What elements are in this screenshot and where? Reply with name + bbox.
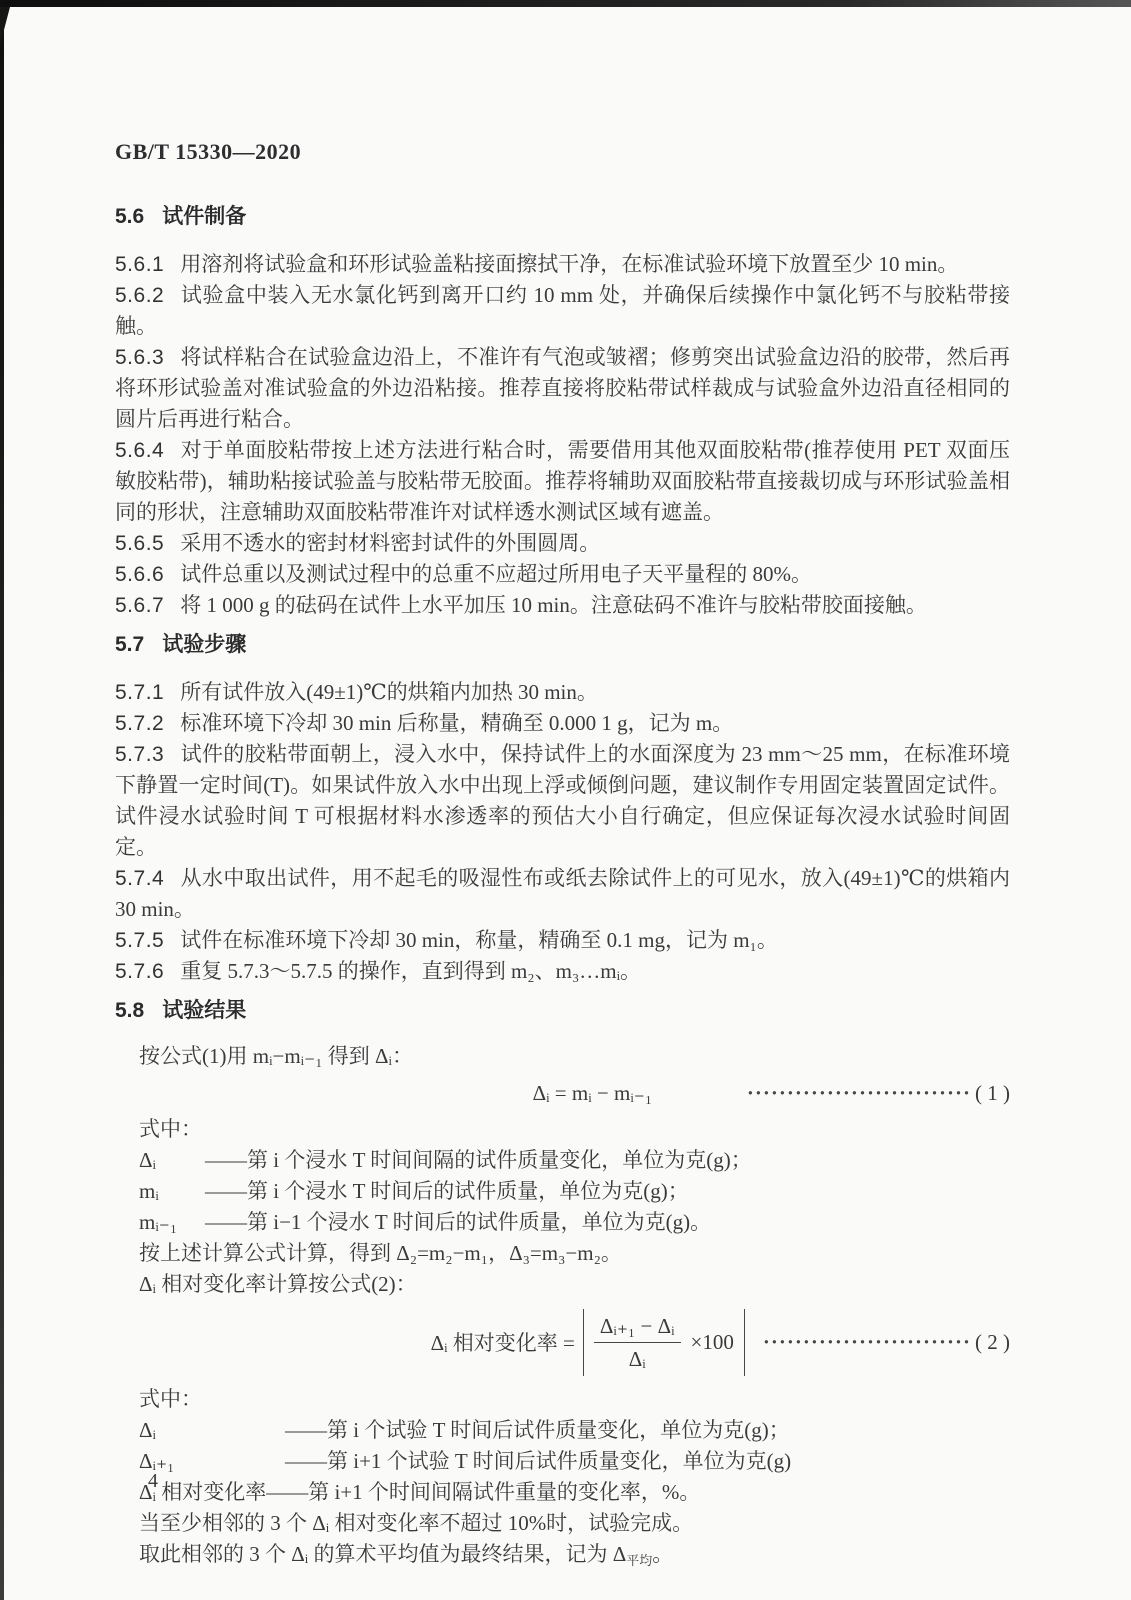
clause-5-6-2: 5.6.2试验盒中装入无水氯化钙到离开口约 10 mm 处，并确保后续操作中氯化… xyxy=(115,280,1010,342)
where-label-2: 式中： xyxy=(139,1384,1010,1415)
definition-row: mᵢ₋₁ ——第 i−1 个浸水 T 时间后的试件质量，单位为克(g)。 xyxy=(139,1207,1010,1238)
section-heading-5-6: 5.6试件制备 xyxy=(115,205,1010,229)
formula-1-intro: 按公式(1)用 mᵢ−mᵢ₋₁ 得到 Δᵢ： xyxy=(139,1041,1010,1072)
fraction: Δᵢ₊₁ − Δᵢ Δᵢ xyxy=(594,1313,681,1372)
times-100: ×100 xyxy=(691,1330,734,1355)
formula-1: Δᵢ = mᵢ − mᵢ₋₁ ·························… xyxy=(139,1072,1010,1114)
symbol-term: Δᵢ 相对变化率 xyxy=(139,1477,266,1508)
clause-text: 试件总重以及测试过程中的总重不应超过所用电子天平量程的 80%。 xyxy=(180,562,812,586)
clause-text: 对于单面胶粘带按上述方法进行粘合时，需要借用其他双面胶粘带(推荐使用 PET 双… xyxy=(115,438,1010,524)
clause-text: 试件的胶粘带面朝上，浸入水中，保持试件上的水面深度为 23 mm～25 mm，在… xyxy=(115,742,1010,859)
clause-5-7-6: 5.7.6重复 5.7.3～5.7.5 的操作，直到得到 m₂、m₃…mᵢ。 xyxy=(115,956,1010,987)
clause-5-7-2: 5.7.2标准环境下冷却 30 min 后称量，精确至 0.000 1 g，记为… xyxy=(115,708,1010,739)
clause-text: 将试样粘合在试验盒边沿上，不准许有气泡或皱褶；修剪突出试验盒边沿的胶带，然后再将… xyxy=(115,345,1010,431)
completion-criterion: 当至少相邻的 3 个 Δᵢ 相对变化率不超过 10%时，试验完成。 xyxy=(139,1508,1010,1539)
final-result-statement: 取此相邻的 3 个 Δᵢ 的算术平均值为最终结果，记为 Δ平均。 xyxy=(139,1539,1010,1576)
calculation-note: 按上述计算公式计算，得到 Δ₂=m₂−m₁，Δ₃=m₃−m₂。 xyxy=(139,1238,1010,1269)
document-page: GB/T 15330—2020 5.6试件制备 5.6.1用溶剂将试验盒和环形试… xyxy=(115,140,1010,1576)
formula-2-lhs: Δᵢ 相对变化率 = xyxy=(431,1327,575,1357)
clause-text: 采用不透水的密封材料密封试件的外围圆周。 xyxy=(180,531,600,555)
dot-leaders: ·························· xyxy=(763,1330,971,1355)
clause-5-6-7: 5.6.7将 1 000 g 的砝码在试件上水平加压 10 min。注意砝码不准… xyxy=(115,590,1010,621)
clause-5-6-4: 5.6.4对于单面胶粘带按上述方法进行粘合时，需要借用其他双面胶粘带(推荐使用 … xyxy=(115,435,1010,528)
clause-number: 5.6.4 xyxy=(115,439,164,462)
clause-number: 5.6.1 xyxy=(115,253,164,276)
section-title: 试件制备 xyxy=(162,205,246,228)
clause-number: 5.7.4 xyxy=(115,867,164,890)
clause-number: 5.6.2 xyxy=(115,284,164,307)
fraction-numerator: Δᵢ₊₁ − Δᵢ xyxy=(594,1313,681,1343)
clause-text: 将 1 000 g 的砝码在试件上水平加压 10 min。注意砝码不准许与胶粘带… xyxy=(180,593,927,617)
where-label-1: 式中： xyxy=(139,1114,1010,1145)
symbol-definitions-1: Δᵢ ——第 i 个浸水 T 时间间隔的试件质量变化，单位为克(g)； mᵢ —… xyxy=(115,1145,1010,1238)
clause-text: 重复 5.7.3～5.7.5 的操作，直到得到 m₂、m₃…mᵢ。 xyxy=(180,959,641,983)
clause-number: 5.6.3 xyxy=(115,346,164,369)
clause-text: 所有试件放入(49±1)℃的烘箱内加热 30 min。 xyxy=(180,680,598,704)
symbol-term: mᵢ xyxy=(139,1176,205,1207)
symbol-description: ——第 i+1 个时间间隔试件重量的变化率，%。 xyxy=(266,1477,1010,1508)
section-title: 试验步骤 xyxy=(162,633,246,656)
clause-5-6-1: 5.6.1用溶剂将试验盒和环形试验盖粘接面擦拭干净，在标准试验环境下放置至少 1… xyxy=(115,249,1010,280)
section-number: 5.6 xyxy=(115,205,144,228)
symbol-term: mᵢ₋₁ xyxy=(139,1207,205,1238)
page-number: 4 xyxy=(148,1470,158,1493)
section-title: 试验结果 xyxy=(162,999,246,1022)
symbol-definitions-2: Δᵢ ——第 i 个试验 T 时间后试件质量变化，单位为克(g)； Δᵢ₊₁ —… xyxy=(115,1415,1010,1508)
clause-number: 5.6.6 xyxy=(115,563,164,586)
clause-5-7-5: 5.7.5试件在标准环境下冷却 30 min，称量，精确至 0.1 mg，记为 … xyxy=(115,925,1010,956)
clause-5-6-3: 5.6.3将试样粘合在试验盒边沿上，不准许有气泡或皱褶；修剪突出试验盒边沿的胶带… xyxy=(115,342,1010,435)
section-number: 5.7 xyxy=(115,633,144,656)
clause-number: 5.6.7 xyxy=(115,594,164,617)
clause-number: 5.7.2 xyxy=(115,712,164,735)
equation-number: ( 2 ) xyxy=(975,1330,1010,1355)
symbol-description: ——第 i 个浸水 T 时间间隔的试件质量变化，单位为克(g)； xyxy=(205,1145,1010,1176)
section-number: 5.8 xyxy=(115,999,144,1022)
clause-5-7-3: 5.7.3试件的胶粘带面朝上，浸入水中，保持试件上的水面深度为 23 mm～25… xyxy=(115,739,1010,863)
equation-number: ( 1 ) xyxy=(975,1081,1010,1106)
clause-5-6-5: 5.6.5采用不透水的密封材料密封试件的外围圆周。 xyxy=(115,528,1010,559)
clause-number: 5.7.1 xyxy=(115,681,164,704)
clause-number: 5.7.6 xyxy=(115,960,164,983)
symbol-description: ——第 i 个试验 T 时间后试件质量变化，单位为克(g)； xyxy=(285,1415,1010,1446)
section-heading-5-7: 5.7试验步骤 xyxy=(115,633,1010,657)
fraction-denominator: Δᵢ xyxy=(629,1343,646,1372)
symbol-description: ——第 i 个浸水 T 时间后的试件质量，单位为克(g)； xyxy=(205,1176,1010,1207)
clause-5-6-6: 5.6.6试件总重以及测试过程中的总重不应超过所用电子天平量程的 80%。 xyxy=(115,559,1010,590)
clause-text: 标准环境下冷却 30 min 后称量，精确至 0.000 1 g，记为 m。 xyxy=(180,711,733,735)
clause-number: 5.6.5 xyxy=(115,532,164,555)
clause-5-7-4: 5.7.4从水中取出试件，用不起毛的吸湿性布或纸去除试件上的可见水，放入(49±… xyxy=(115,863,1010,925)
clause-text: 试件在标准环境下冷却 30 min，称量，精确至 0.1 mg，记为 m₁。 xyxy=(180,928,778,952)
clause-number: 5.7.3 xyxy=(115,743,164,766)
definition-row: Δᵢ ——第 i 个浸水 T 时间间隔的试件质量变化，单位为克(g)； xyxy=(139,1145,1010,1176)
formula-1-reference: ···························· ( 1 ) xyxy=(652,1081,1010,1106)
clause-text: 试验盒中装入无水氯化钙到离开口约 10 mm 处，并确保后续操作中氯化钙不与胶粘… xyxy=(115,283,1010,338)
final-result-period: 。 xyxy=(652,1542,673,1566)
definition-row: mᵢ ——第 i 个浸水 T 时间后的试件质量，单位为克(g)； xyxy=(139,1176,1010,1207)
formula-2-intro: Δᵢ 相对变化率计算按公式(2)： xyxy=(139,1269,1010,1300)
scan-edge-left xyxy=(0,0,4,1600)
clause-text: 用溶剂将试验盒和环形试验盖粘接面擦拭干净，在标准试验环境下放置至少 10 min… xyxy=(180,252,958,276)
symbol-term: Δᵢ xyxy=(139,1415,285,1446)
clause-number: 5.7.5 xyxy=(115,929,164,952)
scan-edge-top xyxy=(0,0,1131,7)
symbol-term: Δᵢ xyxy=(139,1145,205,1176)
standard-number-header: GB/T 15330—2020 xyxy=(115,140,1010,164)
final-result-text: 取此相邻的 3 个 Δᵢ 的算术平均值为最终结果，记为 Δ xyxy=(139,1542,626,1566)
dot-leaders: ···························· xyxy=(747,1081,971,1106)
section-heading-5-8: 5.8试验结果 xyxy=(115,999,1010,1023)
delta-average-subscript: 平均 xyxy=(626,1553,652,1568)
scan-edge-corner xyxy=(0,7,10,45)
clause-text: 从水中取出试件，用不起毛的吸湿性布或纸去除试件上的可见水，放入(49±1)℃的烘… xyxy=(115,866,1010,921)
definition-row: Δᵢ₊₁ ——第 i+1 个试验 T 时间后试件质量变化，单位为克(g) xyxy=(139,1446,1010,1477)
symbol-description: ——第 i+1 个试验 T 时间后试件质量变化，单位为克(g) xyxy=(285,1446,1010,1477)
clause-5-7-1: 5.7.1所有试件放入(49±1)℃的烘箱内加热 30 min。 xyxy=(115,677,1010,708)
formula-2-reference: ·························· ( 2 ) xyxy=(745,1330,1010,1355)
definition-row: Δᵢ ——第 i 个试验 T 时间后试件质量变化，单位为克(g)； xyxy=(139,1415,1010,1446)
formula-1-expression: Δᵢ = mᵢ − mᵢ₋₁ xyxy=(533,1081,653,1106)
formula-2-absolute-value: Δᵢ₊₁ − Δᵢ Δᵢ ×100 xyxy=(583,1309,745,1376)
symbol-term: Δᵢ₊₁ xyxy=(139,1446,285,1477)
definition-row: Δᵢ 相对变化率 ——第 i+1 个时间间隔试件重量的变化率，%。 xyxy=(139,1477,1010,1508)
symbol-description: ——第 i−1 个浸水 T 时间后的试件质量，单位为克(g)。 xyxy=(205,1207,1010,1238)
formula-2: Δᵢ 相对变化率 = Δᵢ₊₁ − Δᵢ Δᵢ ×100 ···········… xyxy=(139,1300,1010,1384)
